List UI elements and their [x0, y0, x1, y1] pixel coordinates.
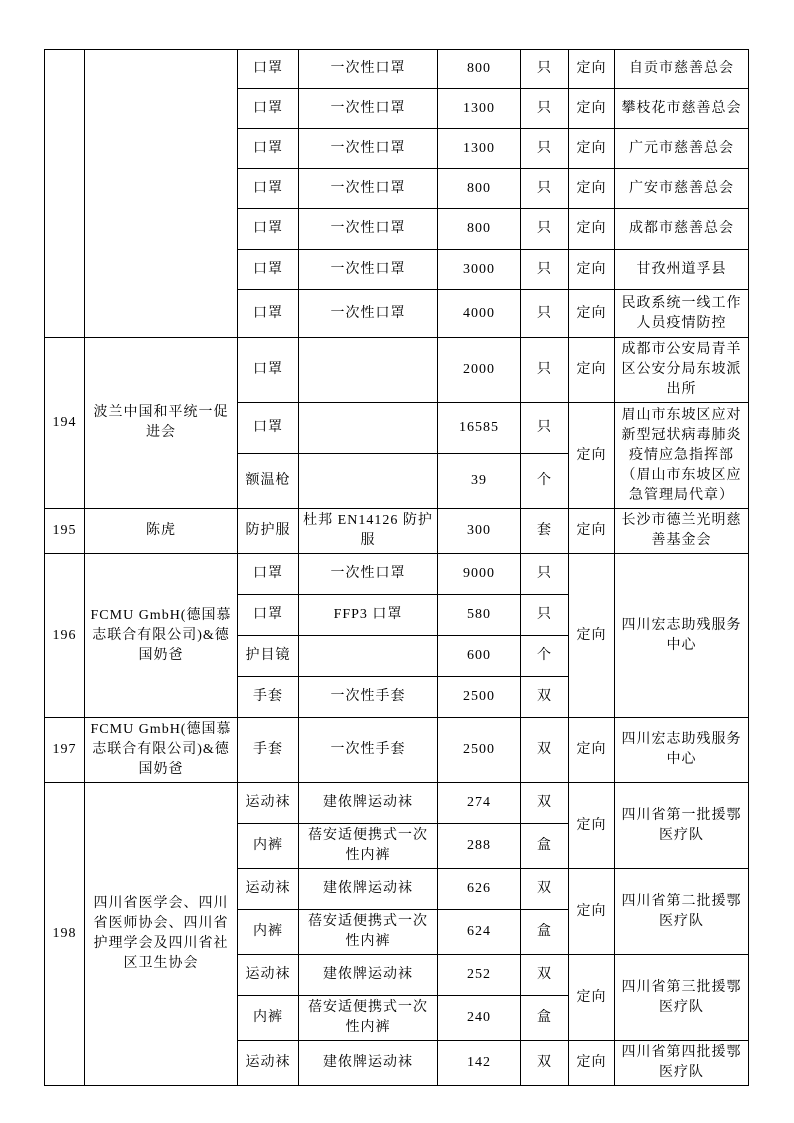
cell-dir: 定向: [569, 783, 615, 869]
table-row: 197FCMU GmbH(德国慕志联合有限公司)&德国奶爸手套一次性手套2500…: [45, 718, 749, 783]
cell-recv: 长沙市德兰光明慈善基金会: [615, 509, 749, 554]
cell-dir: 定向: [569, 129, 615, 169]
cell-cat: 内裤: [238, 910, 299, 955]
cell-qty: 288: [438, 824, 521, 869]
cell-dir: 定向: [569, 718, 615, 783]
cell-desc: [299, 636, 438, 677]
cell-desc: 建侬牌运动袜: [299, 1041, 438, 1086]
cell-qty: 3000: [438, 250, 521, 290]
cell-dir: 定向: [569, 338, 615, 403]
cell-cat: 运动袜: [238, 955, 299, 996]
cell-unit: 双: [521, 783, 569, 824]
cell-desc: 建侬牌运动袜: [299, 783, 438, 824]
cell-num: 197: [45, 718, 85, 783]
cell-qty: 300: [438, 509, 521, 554]
cell-recv: 四川省第一批援鄂医疗队: [615, 783, 749, 869]
cell-cat: 运动袜: [238, 783, 299, 824]
cell-recv: 广元市慈善总会: [615, 129, 749, 169]
table-row: 195陈虎防护服杜邦 EN14126 防护服300套定向长沙市德兰光明慈善基金会: [45, 509, 749, 554]
cell-desc: [299, 403, 438, 454]
cell-cat: 口罩: [238, 403, 299, 454]
cell-dir: 定向: [569, 955, 615, 1041]
donation-table: 口罩一次性口罩800只定向自贡市慈善总会口罩一次性口罩1300只定向攀枝花市慈善…: [44, 49, 749, 1086]
cell-recv: 自贡市慈善总会: [615, 50, 749, 89]
cell-recv: 广安市慈善总会: [615, 169, 749, 209]
cell-desc: 一次性口罩: [299, 290, 438, 338]
cell-cat: 口罩: [238, 290, 299, 338]
cell-unit: 只: [521, 250, 569, 290]
cell-cat: 手套: [238, 677, 299, 718]
cell-qty: 600: [438, 636, 521, 677]
cell-unit: 双: [521, 955, 569, 996]
cell-recv: 民政系统一线工作人员疫情防控: [615, 290, 749, 338]
cell-recv: 成都市慈善总会: [615, 209, 749, 250]
cell-donor: FCMU GmbH(德国慕志联合有限公司)&德国奶爸: [85, 718, 238, 783]
cell-dir: 定向: [569, 50, 615, 89]
cell-dir: 定向: [569, 554, 615, 718]
cell-desc: 一次性手套: [299, 677, 438, 718]
cell-unit: 双: [521, 869, 569, 910]
cell-unit: 盒: [521, 910, 569, 955]
cell-qty: 800: [438, 169, 521, 209]
cell-num: [45, 50, 85, 338]
cell-unit: 双: [521, 677, 569, 718]
cell-qty: 626: [438, 869, 521, 910]
cell-cat: 口罩: [238, 595, 299, 636]
cell-desc: 蓓安适便携式一次性内裤: [299, 824, 438, 869]
cell-desc: [299, 454, 438, 509]
cell-desc: 蓓安适便携式一次性内裤: [299, 996, 438, 1041]
cell-desc: 杜邦 EN14126 防护服: [299, 509, 438, 554]
cell-cat: 护目镜: [238, 636, 299, 677]
cell-qty: 16585: [438, 403, 521, 454]
cell-donor: 波兰中国和平统一促进会: [85, 338, 238, 509]
cell-unit: 个: [521, 454, 569, 509]
cell-unit: 套: [521, 509, 569, 554]
cell-cat: 口罩: [238, 209, 299, 250]
cell-qty: 274: [438, 783, 521, 824]
cell-desc: 一次性口罩: [299, 250, 438, 290]
cell-qty: 1300: [438, 89, 521, 129]
cell-cat: 手套: [238, 718, 299, 783]
cell-unit: 只: [521, 89, 569, 129]
cell-donor: 四川省医学会、四川省医师协会、四川省护理学会及四川省社区卫生协会: [85, 783, 238, 1086]
cell-dir: 定向: [569, 403, 615, 509]
cell-dir: 定向: [569, 1041, 615, 1086]
cell-cat: 运动袜: [238, 869, 299, 910]
cell-cat: 口罩: [238, 338, 299, 403]
table-row: 194波兰中国和平统一促进会口罩2000只定向成都市公安局青羊区公安分局东坡派出…: [45, 338, 749, 403]
cell-cat: 内裤: [238, 996, 299, 1041]
cell-qty: 9000: [438, 554, 521, 595]
cell-donor: [85, 50, 238, 338]
cell-desc: 一次性口罩: [299, 169, 438, 209]
cell-desc: FFP3 口罩: [299, 595, 438, 636]
cell-desc: 建侬牌运动袜: [299, 869, 438, 910]
cell-desc: 建侬牌运动袜: [299, 955, 438, 996]
cell-qty: 142: [438, 1041, 521, 1086]
cell-desc: 一次性口罩: [299, 554, 438, 595]
cell-unit: 个: [521, 636, 569, 677]
cell-num: 198: [45, 783, 85, 1086]
cell-qty: 39: [438, 454, 521, 509]
cell-unit: 只: [521, 209, 569, 250]
cell-desc: 一次性口罩: [299, 129, 438, 169]
cell-unit: 只: [521, 50, 569, 89]
cell-recv: 四川省第四批援鄂医疗队: [615, 1041, 749, 1086]
cell-dir: 定向: [569, 869, 615, 955]
cell-num: 196: [45, 554, 85, 718]
document-page: 口罩一次性口罩800只定向自贡市慈善总会口罩一次性口罩1300只定向攀枝花市慈善…: [0, 0, 794, 1123]
cell-unit: 只: [521, 129, 569, 169]
table-row: 口罩一次性口罩800只定向自贡市慈善总会: [45, 50, 749, 89]
donation-table-body: 口罩一次性口罩800只定向自贡市慈善总会口罩一次性口罩1300只定向攀枝花市慈善…: [45, 50, 749, 1086]
cell-dir: 定向: [569, 209, 615, 250]
cell-cat: 口罩: [238, 554, 299, 595]
cell-recv: 四川省第三批援鄂医疗队: [615, 955, 749, 1041]
cell-qty: 2500: [438, 718, 521, 783]
cell-cat: 防护服: [238, 509, 299, 554]
cell-recv: 成都市公安局青羊区公安分局东坡派出所: [615, 338, 749, 403]
cell-desc: 一次性口罩: [299, 50, 438, 89]
table-row: 198四川省医学会、四川省医师协会、四川省护理学会及四川省社区卫生协会运动袜建侬…: [45, 783, 749, 824]
cell-dir: 定向: [569, 169, 615, 209]
cell-cat: 口罩: [238, 250, 299, 290]
cell-qty: 1300: [438, 129, 521, 169]
cell-num: 194: [45, 338, 85, 509]
cell-unit: 只: [521, 338, 569, 403]
cell-dir: 定向: [569, 509, 615, 554]
cell-dir: 定向: [569, 250, 615, 290]
cell-cat: 口罩: [238, 50, 299, 89]
cell-desc: 一次性口罩: [299, 89, 438, 129]
cell-cat: 额温枪: [238, 454, 299, 509]
table-row: 196FCMU GmbH(德国慕志联合有限公司)&德国奶爸口罩一次性口罩9000…: [45, 554, 749, 595]
cell-qty: 580: [438, 595, 521, 636]
cell-dir: 定向: [569, 89, 615, 129]
cell-qty: 2500: [438, 677, 521, 718]
cell-unit: 只: [521, 403, 569, 454]
cell-unit: 只: [521, 169, 569, 209]
cell-qty: 4000: [438, 290, 521, 338]
cell-cat: 运动袜: [238, 1041, 299, 1086]
cell-qty: 800: [438, 50, 521, 89]
cell-dir: 定向: [569, 290, 615, 338]
cell-qty: 252: [438, 955, 521, 996]
cell-recv: 眉山市东坡区应对新型冠状病毒肺炎疫情应急指挥部（眉山市东坡区应急管理局代章）: [615, 403, 749, 509]
cell-recv: 四川宏志助残服务中心: [615, 554, 749, 718]
cell-donor: 陈虎: [85, 509, 238, 554]
cell-unit: 盒: [521, 824, 569, 869]
cell-cat: 口罩: [238, 169, 299, 209]
cell-qty: 2000: [438, 338, 521, 403]
cell-unit: 只: [521, 554, 569, 595]
cell-cat: 口罩: [238, 89, 299, 129]
cell-desc: 一次性手套: [299, 718, 438, 783]
cell-desc: 一次性口罩: [299, 209, 438, 250]
cell-recv: 四川宏志助残服务中心: [615, 718, 749, 783]
cell-recv: 攀枝花市慈善总会: [615, 89, 749, 129]
cell-recv: 甘孜州道孚县: [615, 250, 749, 290]
cell-desc: [299, 338, 438, 403]
cell-qty: 800: [438, 209, 521, 250]
cell-unit: 只: [521, 595, 569, 636]
cell-cat: 口罩: [238, 129, 299, 169]
cell-desc: 蓓安适便携式一次性内裤: [299, 910, 438, 955]
cell-num: 195: [45, 509, 85, 554]
cell-donor: FCMU GmbH(德国慕志联合有限公司)&德国奶爸: [85, 554, 238, 718]
cell-qty: 240: [438, 996, 521, 1041]
cell-qty: 624: [438, 910, 521, 955]
cell-unit: 双: [521, 1041, 569, 1086]
cell-unit: 只: [521, 290, 569, 338]
cell-unit: 盒: [521, 996, 569, 1041]
cell-recv: 四川省第二批援鄂医疗队: [615, 869, 749, 955]
cell-unit: 双: [521, 718, 569, 783]
cell-cat: 内裤: [238, 824, 299, 869]
